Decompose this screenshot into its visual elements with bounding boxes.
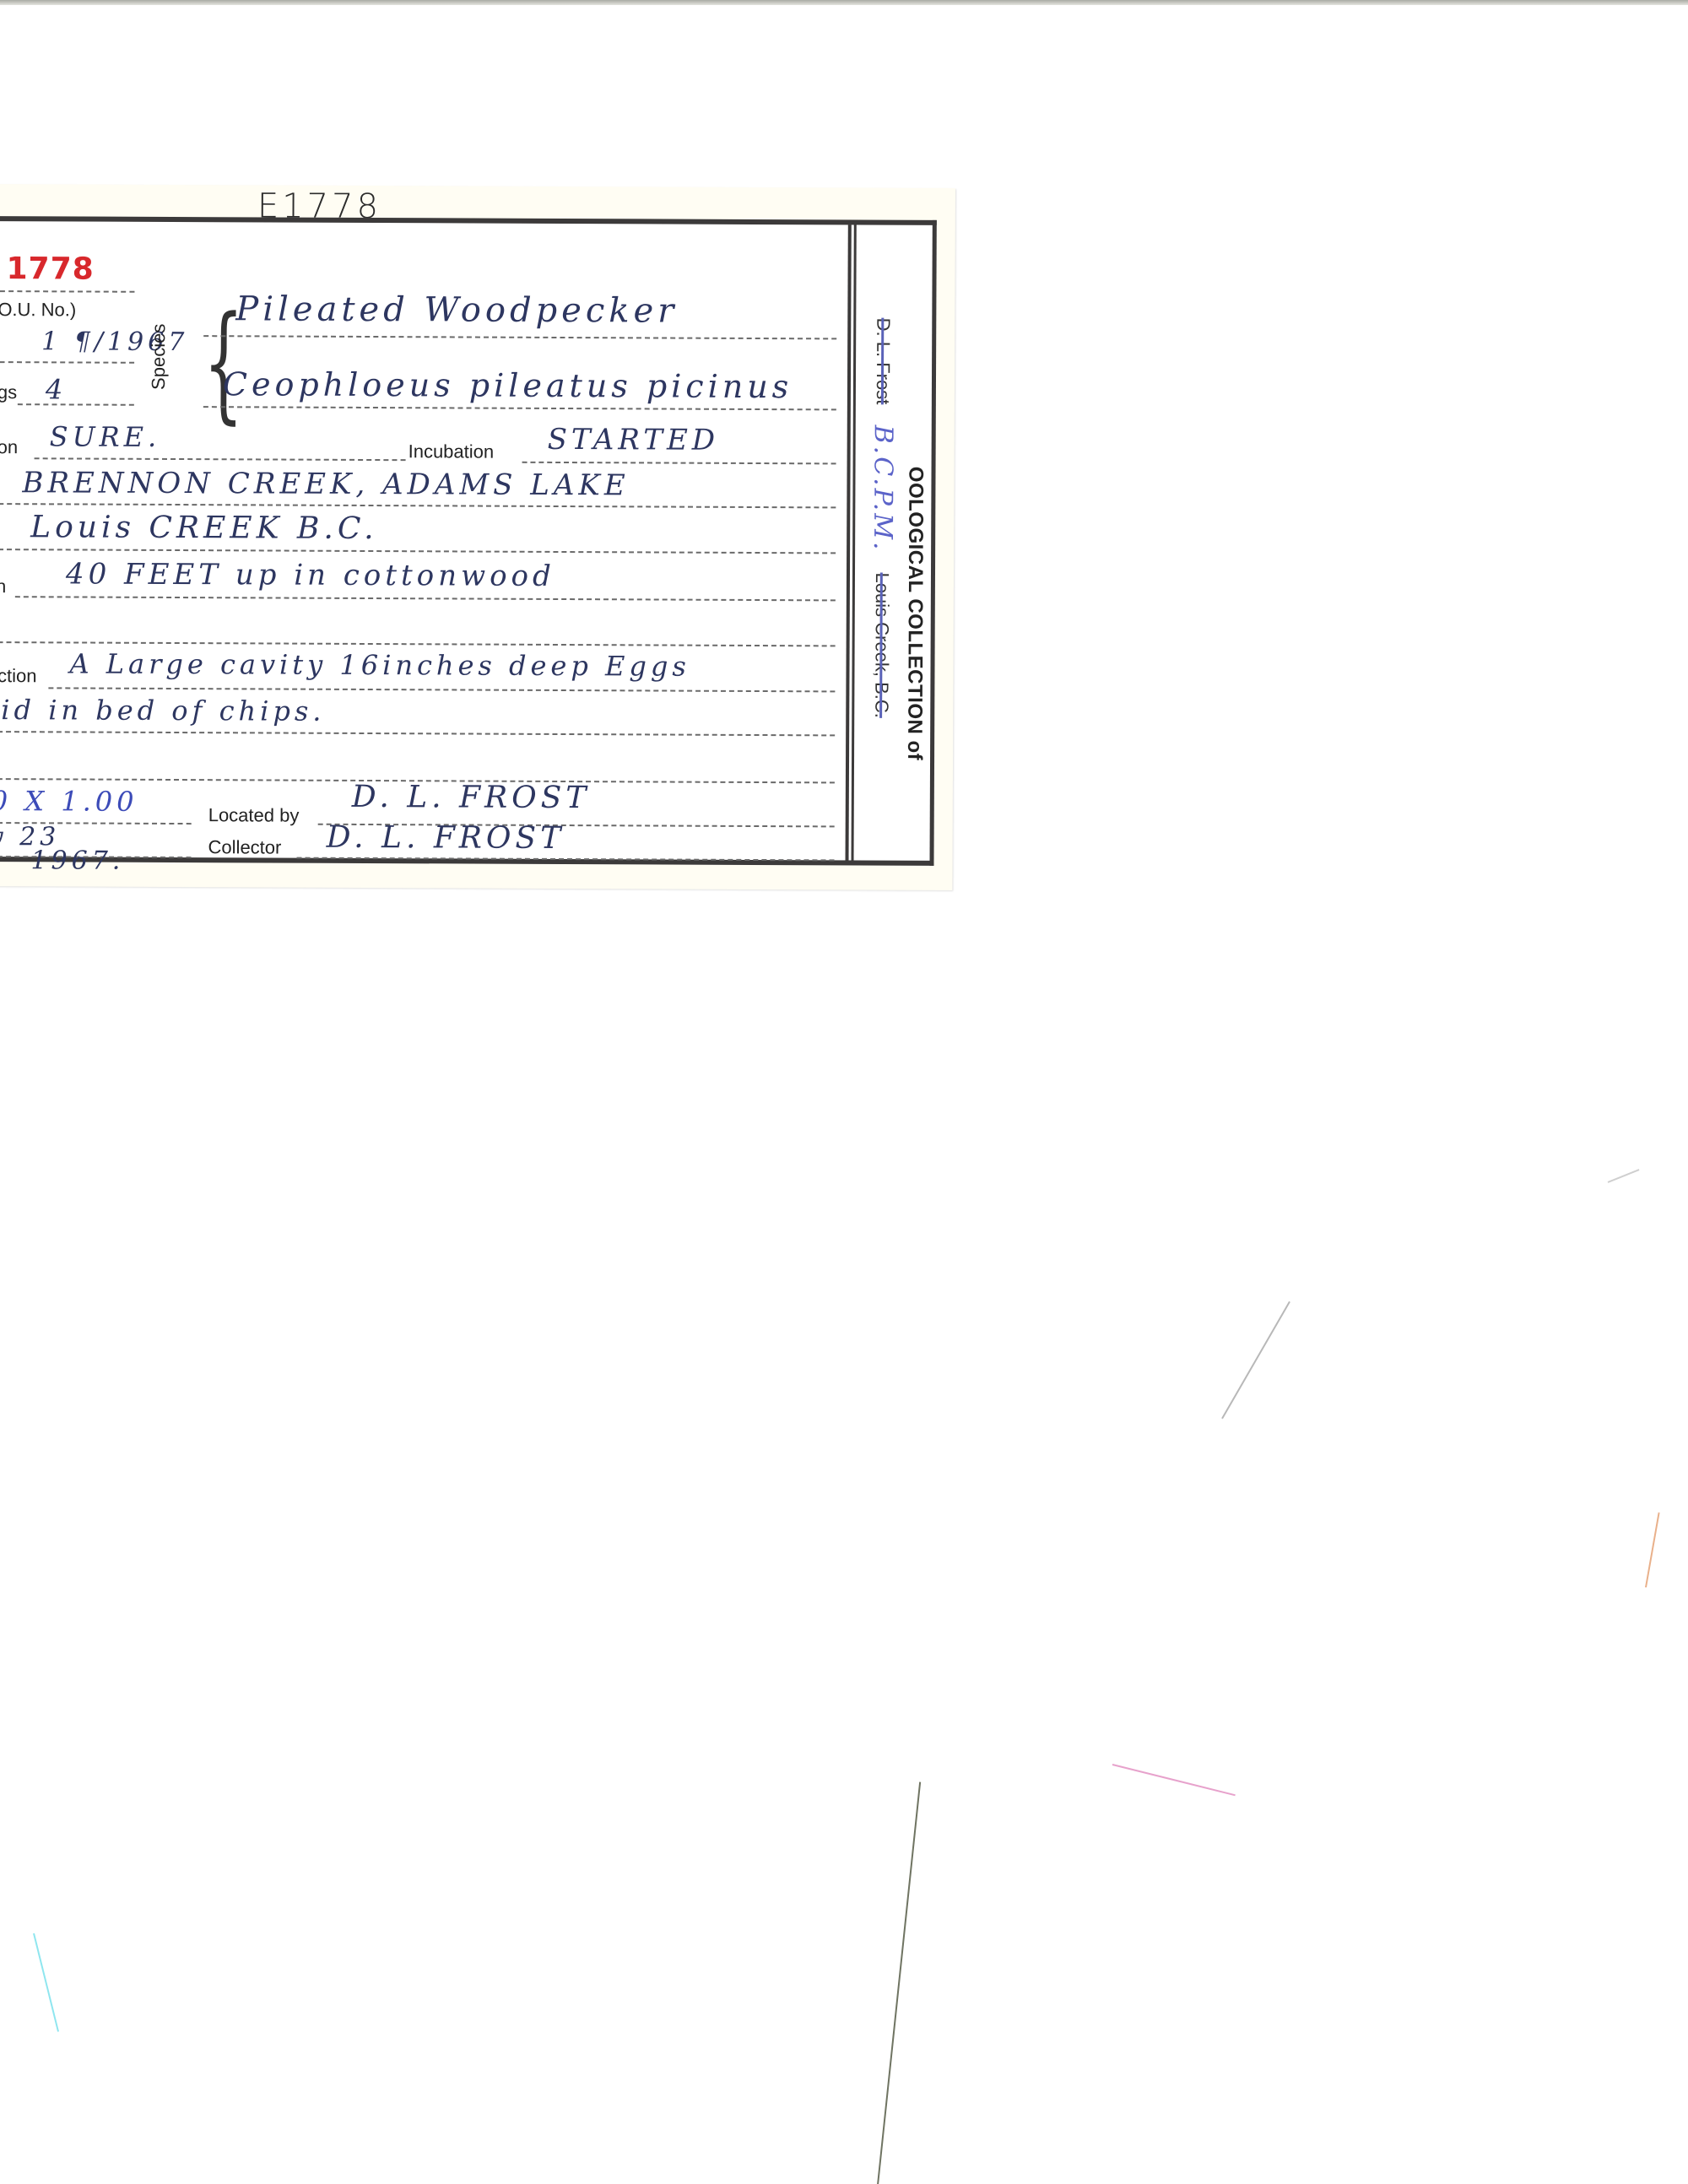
located-by-label: Located by: [208, 804, 300, 826]
owner-struck: D. L. Frost: [873, 318, 894, 405]
collection-owner: D. L. Frost B.C.P.M. Louis Creek, B.C.: [867, 318, 898, 791]
species-label: Species: [148, 315, 170, 399]
species-scientific-name: Ceophloeus pileatus picinus: [223, 365, 793, 405]
set-number: 1778: [6, 251, 94, 286]
identification-value: SURE.: [50, 420, 161, 453]
aou-number-label: O.U. No.): [0, 299, 76, 321]
locality-line-2: Louis CREEK B.C.: [30, 510, 378, 546]
eggs-count: 4: [46, 373, 68, 405]
rule: [0, 290, 134, 293]
owner-handwritten: B.C.P.M.: [868, 424, 898, 552]
scan-artifact: [1645, 1512, 1660, 1587]
eggs-label: gs: [0, 381, 17, 403]
identification-label: on: [0, 436, 18, 458]
rule: [0, 731, 835, 736]
rule: [522, 462, 836, 465]
scan-artifact: [1112, 1764, 1236, 1796]
rule: [0, 361, 134, 364]
card-frame: 1778 O.U. No.) 1 ¶/1967 gs 4 Species { P…: [0, 216, 937, 866]
rule: [15, 596, 836, 601]
collected-date-line-2: 1967.: [30, 846, 124, 875]
collection-title: OOLOGICAL COLLECTION of: [902, 318, 928, 850]
rule: [0, 503, 836, 508]
collector-label: Collector: [208, 836, 282, 858]
locality-line-1: BRENNON CREEK, ADAMS LAKE: [22, 466, 629, 502]
nest-position: 40 FEET up in cottonwood: [66, 557, 555, 593]
construction-label: ruction: [0, 665, 37, 687]
collection-panel: OOLOGICAL COLLECTION of D. L. Frost B.C.…: [858, 318, 928, 791]
data-card: E1778 1778 O.U. No.) 1 ¶/1967 gs 4 Speci…: [0, 184, 955, 890]
scan-artifact: [877, 1782, 921, 2184]
rule: [18, 403, 134, 406]
side-panel-rule: [846, 224, 857, 860]
rule: [35, 457, 406, 461]
scan-artifact: [33, 1933, 59, 2032]
position-label: ion: [0, 576, 6, 597]
located-by-value: D. L. FROST: [352, 780, 591, 815]
rule: [203, 406, 836, 410]
rule: [297, 857, 835, 862]
collector-value: D. L. FROST: [327, 820, 565, 856]
rule: [0, 549, 836, 554]
incubation-value: STARTED: [548, 423, 720, 457]
rule: [0, 641, 836, 646]
species-common-name: Pileated Woodpecker: [235, 289, 678, 330]
scan-artifact: [1221, 1301, 1290, 1419]
scan-artifact: [1608, 1169, 1640, 1183]
construction-line-2: aid in bed of chips.: [0, 694, 326, 727]
incubation-label: Incubation: [408, 441, 495, 462]
egg-size: 0 X 1.00: [0, 785, 138, 818]
location-struck: Louis Creek, B.C.: [871, 572, 893, 718]
rule: [203, 335, 836, 339]
construction-line-1: A Large cavity 16inches deep Eggs: [69, 647, 690, 682]
scanner-edge: [0, 0, 1688, 5]
rule: [48, 687, 835, 692]
